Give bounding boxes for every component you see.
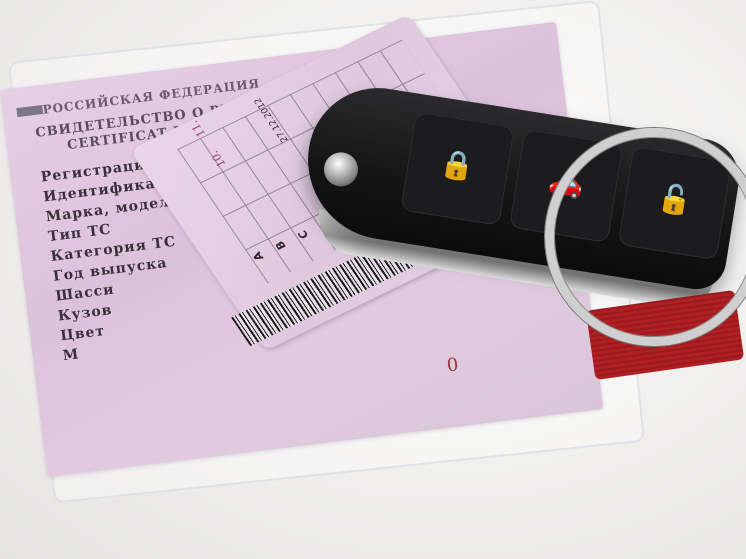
photo-scene: РОССИЙСКАЯ ФЕДЕРАЦИЯ СВИДЕТЕЛЬСТВО О РЕГ… bbox=[0, 0, 746, 559]
redacted-bar bbox=[16, 105, 43, 117]
lock-button: 🔒 bbox=[400, 111, 514, 225]
flip-release-button bbox=[322, 150, 361, 189]
stamp-digits: 0 bbox=[446, 354, 460, 376]
lock-closed-icon: 🔒 bbox=[438, 146, 478, 184]
